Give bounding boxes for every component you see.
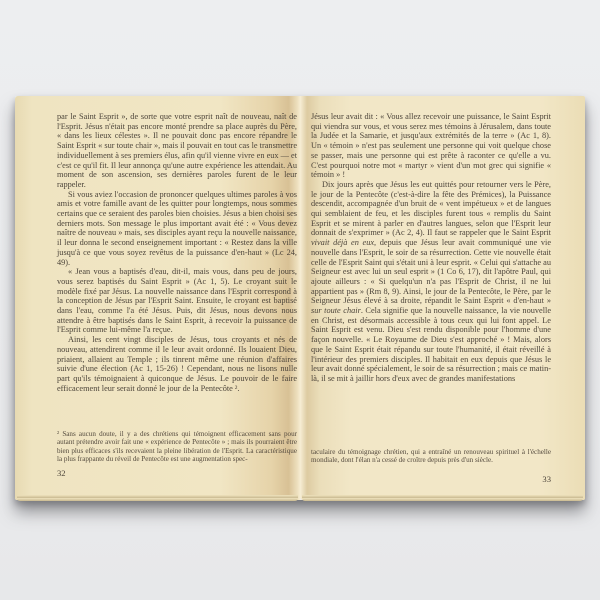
text-segment: « Jean vous a baptisés d'eau, dit-il, ma…: [57, 267, 297, 334]
right-page: Jésus leur avait dit : « Vous allez rece…: [300, 96, 585, 500]
text-segment: . Cela signifie que la nouvelle naissanc…: [311, 306, 551, 383]
paragraph: Ainsi, les cent vingt disciples de Jésus…: [57, 335, 297, 393]
left-page: par le Saint Esprit », de sorte que votr…: [15, 96, 300, 500]
text-segment: par le Saint Esprit », de sorte que votr…: [57, 112, 297, 189]
left-page-edges: [17, 495, 298, 501]
open-book: par le Saint Esprit », de sorte que votr…: [15, 96, 585, 500]
right-page-body-text: Jésus leur avait dit : « Vous allez rece…: [311, 112, 551, 384]
italic-text-segment: sur toute chair: [311, 306, 361, 315]
text-segment: Ainsi, les cent vingt disciples de Jésus…: [57, 335, 297, 393]
text-segment: Jésus leur avait dit : « Vous allez rece…: [311, 112, 551, 179]
paragraph: Jésus leur avait dit : « Vous allez rece…: [311, 112, 551, 180]
left-page-number: 32: [57, 468, 66, 478]
text-segment: Dix jours après que Jésus les eut quitté…: [311, 180, 551, 238]
left-page-body-text: par le Saint Esprit », de sorte que votr…: [57, 112, 297, 393]
right-page-edges: [302, 495, 583, 501]
paragraph: « Jean vous a baptisés d'eau, dit-il, ma…: [57, 267, 297, 335]
paragraph: par le Saint Esprit », de sorte que votr…: [57, 112, 297, 190]
paragraph: Si vous aviez l'occasion de prononcer qu…: [57, 190, 297, 268]
italic-text-segment: vivait déjà en eux: [311, 238, 374, 247]
text-segment: Si vous aviez l'occasion de prononcer qu…: [57, 190, 297, 267]
left-page-footnote: ² Sans aucun doute, il y a des chrétiens…: [57, 430, 297, 463]
right-page-number: 33: [311, 474, 551, 484]
right-page-footnote: taculaire du témoignage chrétien, qui a …: [311, 448, 551, 465]
text-segment: , depuis que Jésus leur avait communiqué…: [311, 238, 551, 305]
paragraph: Dix jours après que Jésus les eut quitté…: [311, 180, 551, 384]
